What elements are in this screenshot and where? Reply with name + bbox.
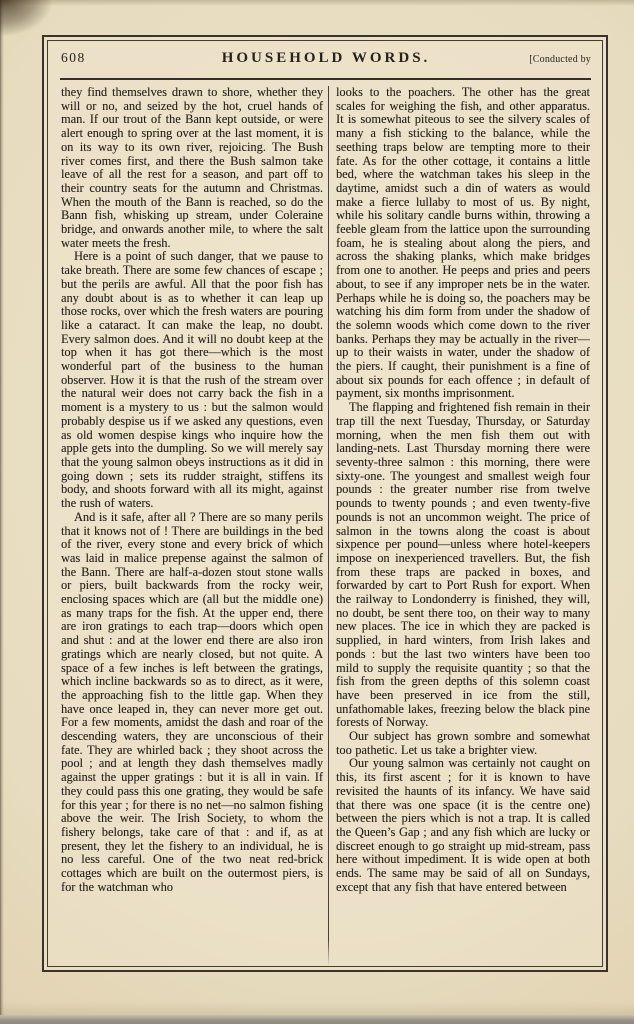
right-paragraph-3: Our subject has grown sombre and somewha… — [336, 730, 590, 757]
left-paragraph-2: Here is a point of such danger, that we … — [61, 250, 323, 510]
left-column: they find themselves drawn to shore, whe… — [61, 86, 328, 966]
text-columns: they find themselves drawn to shore, whe… — [49, 80, 601, 966]
scan-bottom-fade — [0, 1001, 634, 1015]
left-paragraph-1: they find themselves drawn to shore, whe… — [61, 86, 323, 250]
left-paragraph-3: And is it safe, after all ? There are so… — [61, 511, 323, 895]
right-column: looks to the poachers. The other has the… — [329, 86, 590, 966]
page-border-frame: 608 HOUSEHOLD WORDS. [Conducted by they … — [42, 35, 608, 972]
running-head: 608 HOUSEHOLD WORDS. [Conducted by — [49, 41, 601, 74]
running-note: [Conducted by — [529, 54, 591, 65]
right-paragraph-2: The flapping and frightened fish remain … — [336, 401, 590, 730]
scan-bottom-strip — [0, 1015, 634, 1024]
page-content: 608 HOUSEHOLD WORDS. [Conducted by they … — [49, 41, 601, 966]
scan-edge-left — [0, 0, 4, 1024]
scan-corner-shadow — [0, 0, 52, 36]
journal-title: HOUSEHOLD WORDS. — [222, 50, 431, 67]
right-paragraph-1: looks to the poachers. The other has the… — [336, 86, 590, 401]
scan-edge-top — [0, 0, 634, 6]
right-paragraph-4: Our young salmon was certainly not caugh… — [336, 757, 590, 894]
page-number: 608 — [61, 50, 86, 66]
